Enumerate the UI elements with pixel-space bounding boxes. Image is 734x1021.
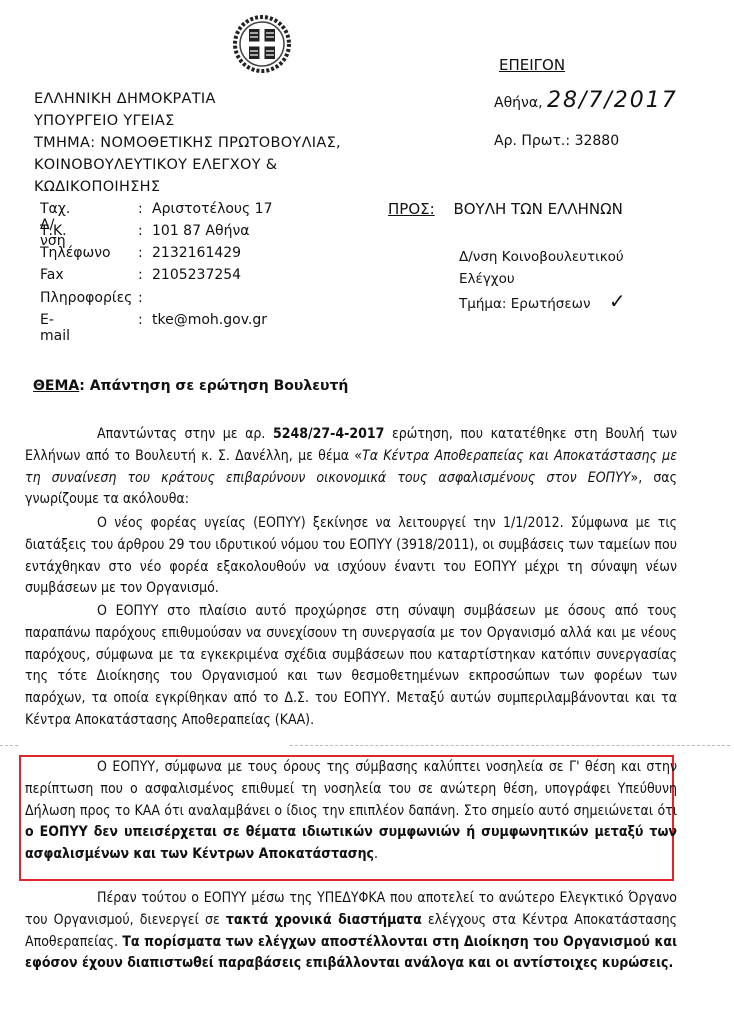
contact-colon: :: [138, 245, 143, 261]
subject-line: ΘΕΜΑ: Απάντηση σε ερώτηση Βουλευτή: [33, 378, 348, 394]
bold-statement: Τα πορίσματα των ελέγχων αποστέλλονται σ…: [25, 934, 677, 972]
date-line: Αθήνα, 28/7/2017: [494, 88, 678, 113]
to-name: ΒΟΥΛΗ ΤΩΝ ΕΛΛΗΝΩΝ: [453, 200, 622, 218]
contact-colon: :: [138, 201, 143, 217]
recipient-line: Δ/νση Κοινοβουλευτικού: [459, 246, 626, 268]
place-label: Αθήνα,: [494, 95, 543, 111]
contact-value: Αριστοτέλους 17: [152, 201, 273, 217]
question-reference: 5248/27-4-2017: [273, 426, 384, 442]
header-line-ministry: ΥΠΟΥΡΓΕΙΟ ΥΓΕΙΑΣ: [34, 110, 341, 132]
header-left-block: ΕΛΛΗΝΙΚΗ ΔΗΜΟΚΡΑΤΙΑ ΥΠΟΥΡΓΕΙΟ ΥΓΕΙΑΣ ΤΜΗ…: [34, 88, 341, 198]
header-line-department-3: ΚΩΔΙΚΟΠΟΙΗΣΗΣ: [34, 176, 341, 198]
subject-label: ΘΕΜΑ: [33, 378, 79, 394]
paragraph-text: Ο ΕΟΠΥΥ στο πλαίσιο αυτό προχώρησε στη σ…: [25, 601, 677, 732]
scan-artifact-rule: [290, 745, 730, 746]
contact-label: Πληροφορίες: [40, 290, 132, 306]
body-paragraph-1: Απαντώντας στην με αρ. 5248/27-4-2017 ερ…: [25, 424, 677, 511]
contact-colon: :: [138, 267, 143, 283]
subject-text: : Απάντηση σε ερώτηση Βουλευτή: [79, 378, 348, 394]
scan-artifact-rule: [0, 745, 18, 746]
body-paragraph-3: Ο ΕΟΠΥΥ στο πλαίσιο αυτό προχώρησε στη σ…: [25, 601, 677, 732]
recipient-line-text: Τμήμα: Ερωτήσεων: [459, 296, 591, 312]
contact-colon: :: [138, 223, 143, 239]
recipient-line: Τμήμα: Ερωτήσεων ✓: [459, 290, 626, 315]
contact-colon: :: [138, 312, 143, 328]
recipient-heading: ΠΡΟΣ: ΒΟΥΛΗ ΤΩΝ ΕΛΛΗΝΩΝ: [388, 200, 623, 218]
email-link[interactable]: tke@moh.gov.gr: [152, 312, 267, 328]
urgent-label: ΕΠΕΙΓΟΝ: [499, 56, 565, 74]
contact-label: Τηλέφωνο: [40, 245, 111, 261]
bold-phrase: τακτά χρονικά διαστήματα: [226, 912, 422, 928]
header-line-republic: ΕΛΛΗΝΙΚΗ ΔΗΜΟΚΡΑΤΙΑ: [34, 88, 341, 110]
protocol-line: Αρ. Πρωτ.: 32880: [494, 133, 619, 149]
header-line-department-2: ΚΟΙΝΟΒΟΥΛΕΥΤΙΚΟΥ ΕΛΕΓΧΟΥ &: [34, 154, 341, 176]
body-paragraph-4: Ο ΕΟΠΥΥ, σύμφωνα με τους όρους της σύμβα…: [25, 757, 677, 866]
contact-value: 101 87 Αθήνα: [152, 223, 250, 239]
greek-coat-of-arms-icon: [232, 14, 292, 74]
contact-colon: :: [138, 290, 143, 306]
header-line-department: ΤΜΗΜΑ: ΝΟΜΟΘΕΤΙΚΗΣ ΠΡΩΤΟΒΟΥΛΙΑΣ,: [34, 132, 341, 154]
to-label: ΠΡΟΣ:: [388, 200, 435, 218]
recipient-lines: Δ/νση Κοινοβουλευτικού Ελέγχου Τμήμα: Ερ…: [459, 246, 626, 315]
bold-statement: ο ΕΟΠΥΥ δεν υπεισέρχεται σε θέματα ιδιωτ…: [25, 824, 677, 862]
recipient-line: Ελέγχου: [459, 268, 626, 290]
contact-label: Τ.Κ.: [40, 223, 67, 239]
checkmark-icon: ✓: [609, 289, 626, 313]
paragraph-text: Ο νέος φορέας υγείας (ΕΟΠΥΥ) ξεκίνησε να…: [25, 513, 677, 600]
protocol-label: Αρ. Πρωτ.:: [494, 133, 570, 149]
contact-label: Fax: [40, 267, 64, 283]
contact-label: E-mail: [40, 312, 70, 344]
body-paragraph-2: Ο νέος φορέας υγείας (ΕΟΠΥΥ) ξεκίνησε να…: [25, 513, 677, 600]
text-span: Απαντώντας στην με αρ.: [97, 426, 273, 442]
body-paragraph-5: Πέραν τούτου ο ΕΟΠΥΥ μέσω της ΥΠΕΔΥΦΚΑ π…: [25, 888, 677, 975]
protocol-number: 32880: [575, 133, 620, 149]
text-span: Ο ΕΟΠΥΥ, σύμφωνα με τους όρους της σύμβα…: [25, 759, 677, 819]
contact-value: 2132161429: [152, 245, 241, 261]
handwritten-date: 28/7/2017: [547, 88, 678, 113]
contact-value: 2105237254: [152, 267, 241, 283]
text-span: .: [374, 846, 378, 862]
